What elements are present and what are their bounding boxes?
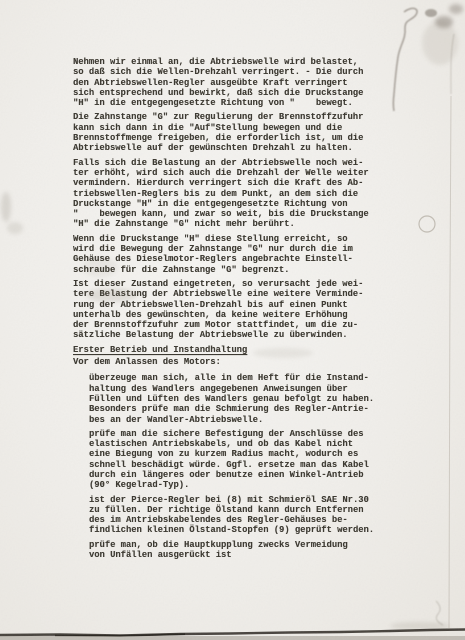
paragraph-rack-g-regulation: Die Zahnstange "G" zur Regulierung der B… bbox=[73, 112, 408, 153]
vertical-fold-line bbox=[449, 96, 451, 628]
scanned-document-page: Nehmen wir einmal an, die Abtriebswelle … bbox=[0, 0, 465, 640]
paragraph-further-load: Falls sich die Belastung an der Abtriebs… bbox=[73, 158, 408, 230]
section-heading: Erster Betrieb und Instandhaltung bbox=[73, 345, 408, 355]
checklist-item-cable-fastening: prüfe man die sichere Befestigung der An… bbox=[89, 429, 408, 491]
document-text-column: Nehmen wir einmal an, die Abtriebswelle … bbox=[73, 57, 408, 564]
page-bottom-edge bbox=[0, 630, 465, 640]
paragraph-speed-drop: Ist dieser Zustand eingetreten, so verur… bbox=[73, 279, 408, 341]
paragraph-load-decrease: Nehmen wir einmal an, die Abtriebswelle … bbox=[73, 57, 408, 108]
paragraph-pushrod-position: Wenn die Druckstange "H" diese Stellung … bbox=[73, 234, 408, 275]
checklist-item-converter-instructions: überzeuge man sich, alle in dem Heft für… bbox=[89, 373, 408, 424]
checklist-item-main-clutch: prüfe man, ob die Hauptkupplung zwecks V… bbox=[89, 540, 408, 561]
ring-stain-mark bbox=[419, 216, 435, 232]
checklist-item-oil-fill: ist der Pierce-Regler bei (8) mit Schmie… bbox=[89, 495, 408, 536]
subheading-before-engine-start: Vor dem Anlassen des Motors: bbox=[73, 357, 408, 367]
